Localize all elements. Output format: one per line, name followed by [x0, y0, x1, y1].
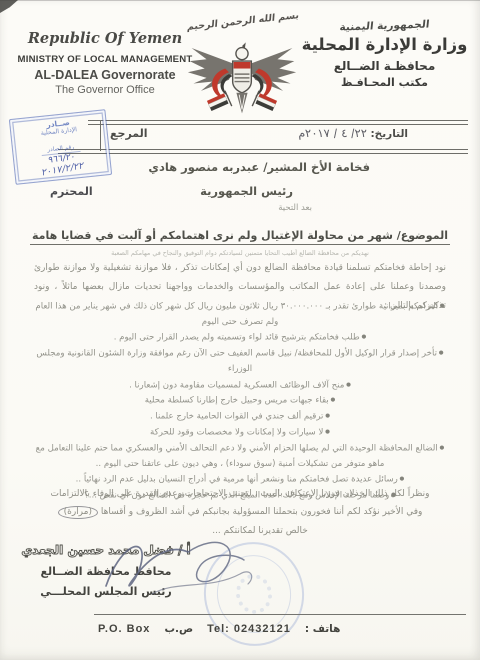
grievances-list: التزامكم بميزانية طوارئ تقدر بـ ٣٠.٠٠٠.٠… [34, 299, 446, 504]
list-item: طلب فخامتكم بترشيح قائد لواء وتسميته ولم… [34, 330, 446, 346]
subject-line: الموضوع/ شهر من محاولة الإغتيال ولم نرى … [24, 224, 456, 243]
telephone-number: Tel: 02432121 [207, 623, 291, 635]
honorific: المحترم [50, 185, 93, 198]
signature-block: أ / فضل محمد حسين الجعدي محافظ محافظة ال… [16, 543, 196, 598]
subject-text: الموضوع/ شهر من محاولة الإغتيال ولم نرى … [30, 229, 450, 245]
reference-label: المرجع [110, 127, 148, 140]
scan-corner-artifact [0, 0, 18, 13]
signer-title-council: رئيس المجلس المحلـــي [16, 585, 196, 598]
date-row: التاريخ: ٢٢/ ٤ / ٢٠١٧م [298, 126, 408, 140]
signer-name: أ / فضل محمد حسين الجعدي [16, 543, 196, 557]
footer-contact: P.O. Box ص.ب Tel: 02432121 : هاتف [98, 623, 340, 635]
closing-line-1: ونظراً لكل ذلك الخذلان قررنا الإعتكاف با… [40, 489, 440, 499]
salutation: بعد التحية [278, 203, 312, 213]
office-name-en: The Governor Office [16, 84, 194, 96]
list-item: الضالع المحافظة الوحيدة التي لم يصلها ال… [34, 441, 446, 472]
country-name-ar: الجمهورية اليمنية [296, 17, 473, 35]
closing-line-2-text: وفي الأخير نؤكد لكم أننا فخورون بتحملنا … [101, 507, 423, 517]
letterhead-arabic: الجمهورية اليمنية وزارة الإدارة المحلية … [297, 20, 472, 89]
greeting-faint-line: نهديكم من محافظة الضالع أطيب التحايا متم… [78, 249, 402, 257]
list-item: تأخر إصدار قرار الوكيل الأول للمحافظة/ ن… [34, 346, 446, 377]
addressee-title: رئيس الجمهورية [200, 184, 293, 198]
letter-page: Republic Of Yemen MINISTRY OF LOCAL MANA… [0, 0, 480, 660]
scan-top-edge [0, 0, 480, 1]
closing-line-2: وفي الأخير نؤكد لكم أننا فخورون بتحملنا … [30, 507, 450, 517]
faint-round-stamp [194, 533, 313, 656]
country-name-en: Republic Of Yemen [16, 30, 194, 47]
pobox-label-en: P.O. Box [98, 623, 150, 635]
telephone-label-ar: : هاتف [305, 623, 341, 635]
office-name-ar: مكتب المحـافـظ [297, 76, 472, 89]
list-item: التزامكم بميزانية طوارئ تقدر بـ ٣٠.٠٠٠.٠… [34, 299, 446, 330]
list-item: منح آلاف الوظائف العسكرية لمسميات مقاومة… [34, 378, 446, 394]
closing-circled-word: (مرارة) [58, 506, 98, 519]
governorate-name-en: AL-DALEA Governorate [16, 68, 194, 82]
letterhead-english: Republic Of Yemen MINISTRY OF LOCAL MANA… [16, 30, 194, 96]
date-label: التاريخ: [370, 128, 408, 140]
list-item: لا سيارات ولا إمكانات ولا مخصصات وقود لل… [34, 425, 446, 441]
governorate-name-ar: محافظـة الضــالع [297, 59, 472, 73]
addressee-name: فخامة الأخ المشير/ عبدربه منصور هادي [148, 160, 370, 174]
footer-rule [94, 614, 466, 615]
list-item: بقاء جبهات مريس وحبيل خارج إطارنا كسلطة … [34, 393, 446, 409]
pobox-label-ar: ص.ب [164, 623, 193, 635]
list-item: رسائل عديدة تصل فخامتكم منا ونشعر أنها م… [34, 472, 446, 488]
list-item: ترقيم ألف جندي في القوات الحامية خارج عل… [34, 409, 446, 425]
header-rule-top [88, 120, 468, 125]
bismillah-calligraphy: بسم الله الرحمن الرحيم [183, 10, 303, 34]
signer-title-governor: محافظ محافظة الضــالع [16, 565, 196, 578]
signoff-line: خالص تقديرنا لمكانتكم ... [196, 526, 324, 536]
ministry-name-en: MINISTRY OF LOCAL MANAGEMENT [16, 54, 194, 65]
date-value-handwritten: ٢٢/ ٤ / ٢٠١٧م [297, 126, 368, 140]
receipt-stamp: صــادر الإدارة المحلية رقم الصادر ٩٦٦/٢٠… [9, 109, 112, 185]
ministry-name-ar: وزارة الإدارة المحلية [297, 35, 472, 54]
yemen-coat-of-arms-icon [186, 32, 298, 120]
header-rule-bottom [58, 149, 468, 154]
